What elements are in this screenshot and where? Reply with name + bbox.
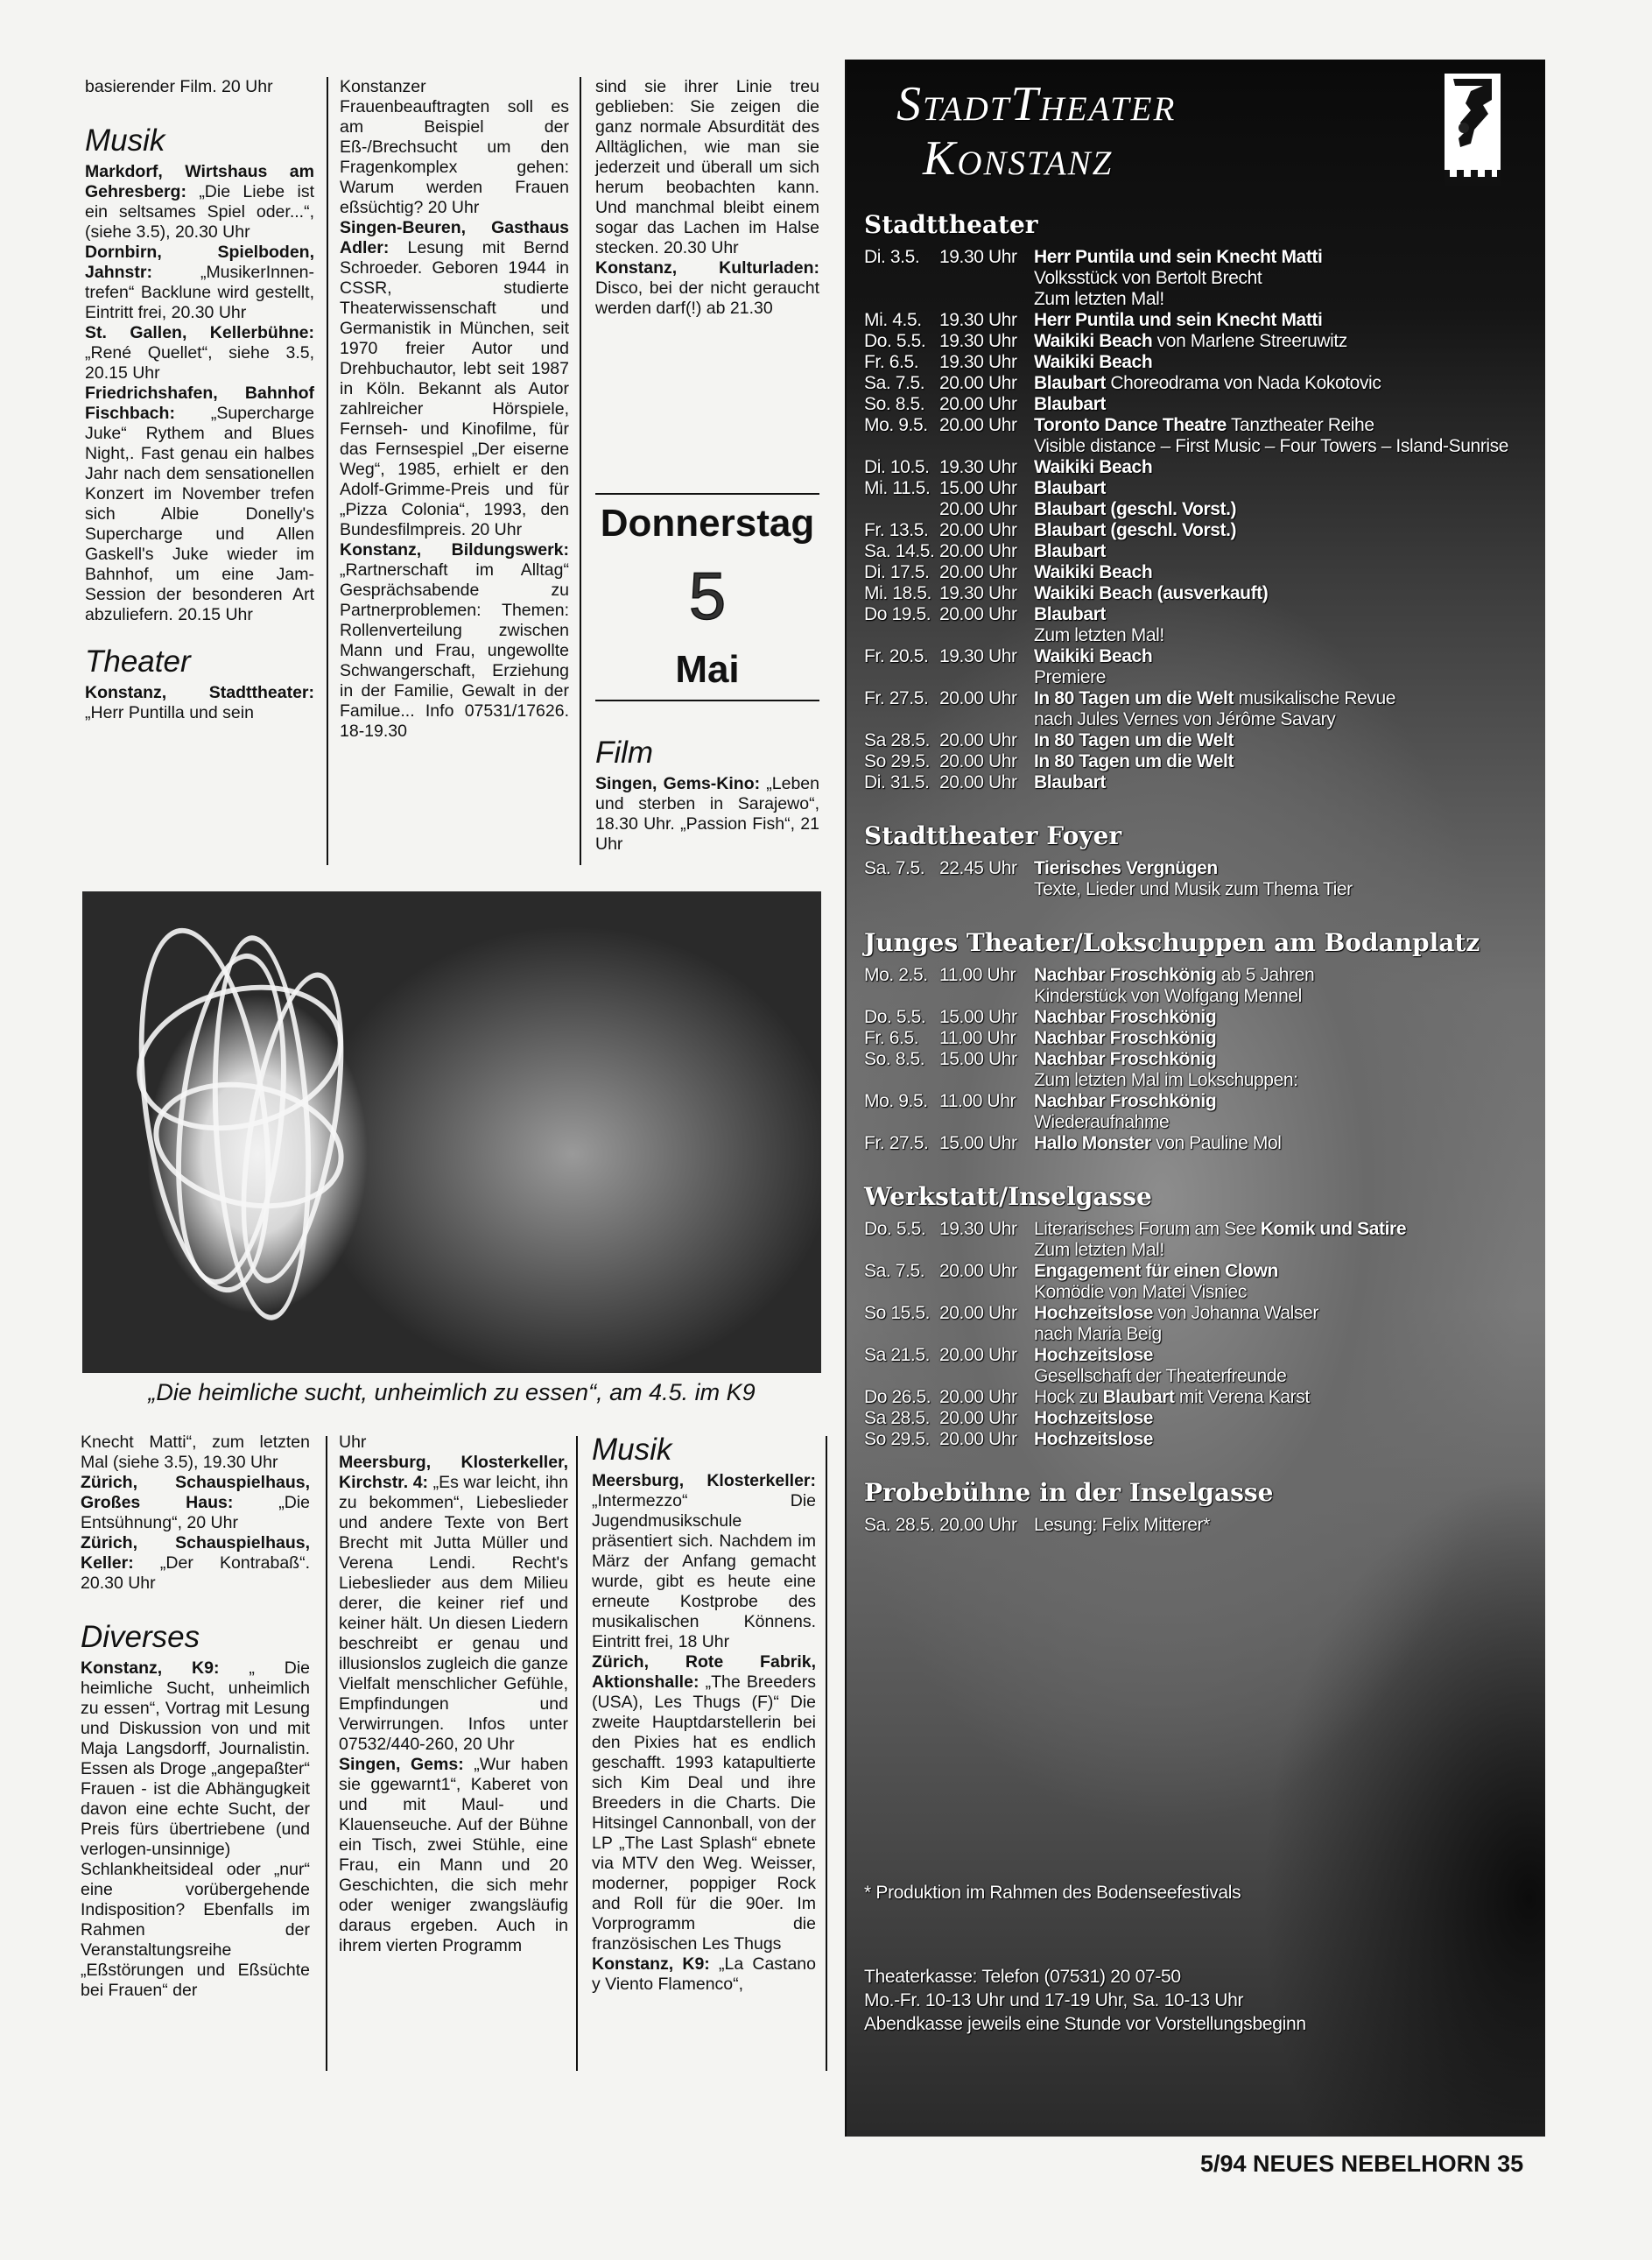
schedule-row: Fr. 20.5.19.30 UhrWaikiki Beach	[864, 646, 1538, 667]
entry-text: Lesung mit Bernd Schroeder. Geboren 1944…	[340, 238, 569, 539]
event-extra: ab 5 Jahren	[1216, 965, 1314, 985]
column-divider	[576, 1436, 578, 2071]
date-weekday: Donnerstag	[595, 498, 819, 549]
entry-text: „Herr Puntilla und sein	[85, 703, 254, 722]
schedule-row: Mi. 4.5.19.30 UhrHerr Puntila und sein K…	[864, 310, 1538, 331]
listing-entry: Meersburg, Klosterkeller: „Intermezzo“ D…	[592, 1471, 816, 1652]
schedule-time: 20.00 Uhr	[939, 730, 1034, 751]
schedule-subtitle: Komödie von Matei Visniec	[864, 1282, 1538, 1303]
schedule-row: Mi. 18.5.19.30 UhrWaikiki Beach (ausverk…	[864, 583, 1538, 604]
event-extra: mit Verena Karst	[1174, 1387, 1309, 1407]
intro-text: Konstanzer Frauenbeauftragten soll es am…	[340, 77, 569, 218]
event-title: Waikiki Beach	[1034, 562, 1152, 582]
schedule-date: Mo. 2.5.	[864, 965, 939, 986]
schedule-time: 20.00 Uhr	[939, 562, 1034, 583]
schedule-time: 20.00 Uhr	[939, 499, 1034, 520]
event-title: Nachbar Froschkönig	[1034, 965, 1216, 985]
schedule-row: Do. 5.5.15.00 UhrNachbar Froschkönig	[864, 1007, 1538, 1028]
date-block: Donnerstag 5 Mai	[595, 493, 819, 701]
venue-label: Konstanz, K9:	[592, 1954, 710, 1974]
column-1: basierender Film. 20 Uhr Musik Markdorf,…	[85, 77, 314, 723]
listing-entry: Meersburg, Klosterkeller, Kirchstr. 4: „…	[339, 1453, 568, 1755]
event-title: Toronto Dance Theatre	[1034, 415, 1227, 435]
schedule-time: 20.00 Uhr	[939, 1261, 1034, 1282]
event-title: Hochzeitslose	[1034, 1345, 1153, 1365]
schedule-row: Sa 28.5.20.00 UhrIn 80 Tagen um die Welt	[864, 730, 1538, 751]
schedule-date: Sa. 14.5.	[864, 541, 939, 562]
column-divider	[826, 1436, 827, 2071]
schedule-event: Herr Puntila und sein Knecht Matti	[1034, 247, 1538, 268]
event-title: Waikiki Beach (ausverkauft)	[1034, 583, 1268, 603]
schedule-date: Mi. 18.5.	[864, 583, 939, 604]
schedule-date: So. 8.5.	[864, 394, 939, 415]
venue-label: Konstanz, Kulturladen:	[595, 258, 819, 278]
schedule-event: Hochzeitslose	[1034, 1345, 1538, 1366]
listing-entry: Konstanz, Kulturladen: Disco, bei der ni…	[595, 258, 819, 319]
box-office-hours: Mo.-Fr. 10-13 Uhr und 17-19 Uhr, Sa. 10-…	[864, 1989, 1538, 2012]
box-office-phone: Theaterkasse: Telefon (07531) 20 07-50	[864, 1965, 1538, 1989]
event-title: Literarisches Forum am See	[1034, 1219, 1261, 1239]
schedule-time: 20.00 Uhr	[939, 394, 1034, 415]
schedule-note: Premiere	[864, 667, 1538, 688]
schedule-date: Sa. 7.5.	[864, 1261, 939, 1282]
listing-entry: Konstanz, Stadttheater: „Herr Puntilla u…	[85, 683, 314, 723]
schedule-row: Sa 21.5.20.00 UhrHochzeitslose	[864, 1345, 1538, 1366]
event-title: Hochzeitslose	[1034, 1303, 1153, 1323]
event-title: Waikiki Beach	[1034, 352, 1152, 372]
schedule-section-heading: Stadttheater	[864, 208, 1538, 242]
schedule-event: In 80 Tagen um die Welt	[1034, 751, 1538, 772]
schedule-event: Waikiki Beach (ausverkauft)	[1034, 583, 1538, 604]
schedule-date	[864, 499, 939, 520]
date-rule-top	[595, 493, 819, 495]
schedule-date: Do 26.5.	[864, 1387, 939, 1408]
event-title: Nachbar Froschkönig	[1034, 1091, 1216, 1111]
schedule-section: Junges Theater/Lokschuppen am Bodanplatz…	[864, 926, 1538, 1154]
column-5: Uhr Meersburg, Klosterkeller, Kirchstr. …	[339, 1433, 568, 1956]
event-title: Waikiki Beach	[1034, 331, 1152, 351]
schedule-row: Sa. 28.5.20.00 UhrLesung: Felix Mitterer…	[864, 1515, 1538, 1536]
event-title: In 80 Tagen um die Welt	[1034, 688, 1234, 708]
theater-title-line1: StadtTheater	[896, 77, 1176, 131]
schedule-time: 20.00 Uhr	[939, 772, 1034, 793]
schedule-time: 20.00 Uhr	[939, 1515, 1034, 1536]
schedule-event: Waikiki Beach von Marlene Streeruwitz	[1034, 331, 1538, 352]
schedule-date: Di. 10.5.	[864, 457, 939, 478]
event-list: Konstanz, Kulturladen: Disco, bei der ni…	[595, 258, 819, 319]
schedule-row: Sa. 7.5.22.45 UhrTierisches Vergnügen	[864, 858, 1538, 879]
schedule-section: Probebühne in der InselgasseSa. 28.5.20.…	[864, 1476, 1538, 1536]
photo-caption: „Die heimliche sucht, unheimlich zu esse…	[82, 1378, 821, 1406]
schedule-row: Mo. 2.5.11.00 UhrNachbar Froschkönig ab …	[864, 965, 1538, 986]
event-title: Nachbar Froschkönig	[1034, 1007, 1216, 1027]
schedule-row: Fr. 27.5.20.00 UhrIn 80 Tagen um die Wel…	[864, 688, 1538, 709]
schedule-section-heading: Stadttheater Foyer	[864, 820, 1538, 853]
schedule-event: Blaubart	[1034, 772, 1538, 793]
schedule-event: Lesung: Felix Mitterer*	[1034, 1515, 1538, 1536]
schedule-time: 20.00 Uhr	[939, 1429, 1034, 1450]
schedule-section: StadttheaterDi. 3.5.19.30 UhrHerr Puntil…	[864, 208, 1538, 793]
schedule-note: Zum letzten Mal im Lokschuppen:	[864, 1070, 1538, 1091]
schedule-time: 20.00 Uhr	[939, 415, 1034, 436]
schedule-row: So. 8.5.20.00 UhrBlaubart	[864, 394, 1538, 415]
diverses-list: Konstanz, K9: „ Die heimliche Sucht, unh…	[81, 1658, 310, 2001]
schedule-event: Hallo Monster von Pauline Mol	[1034, 1133, 1538, 1154]
event-title: Herr Puntila und sein Knecht Matti	[1034, 247, 1322, 267]
event-title: Engagement für einen Clown	[1034, 1261, 1278, 1281]
listing-entry: Konstanz, K9: „ Die heimliche Sucht, unh…	[81, 1658, 310, 2001]
schedule-row: Fr. 6.5.11.00 UhrNachbar Froschkönig	[864, 1028, 1538, 1049]
schedule-time: 20.00 Uhr	[939, 373, 1034, 394]
event-title: In 80 Tagen um die Welt	[1034, 730, 1234, 750]
schedule-time: 19.30 Uhr	[939, 352, 1034, 373]
event-list: Singen-Beuren, Gasthaus Adler: Lesung mi…	[340, 218, 569, 742]
schedule-row: Do. 5.5.19.30 UhrWaikiki Beach von Marle…	[864, 331, 1538, 352]
venue-label: Konstanz, Stadttheater:	[85, 683, 314, 702]
event-list: Meersburg, Klosterkeller: „Intermezzo“ D…	[592, 1471, 816, 1995]
schedule-row: So 29.5.20.00 UhrHochzeitslose	[864, 1429, 1538, 1450]
schedule-section-heading: Junges Theater/Lokschuppen am Bodanplatz	[864, 926, 1538, 960]
page-footer: 5/94 NEUES NEBELHORN 35	[1200, 2150, 1523, 2178]
listing-entry: Markdorf, Wirtshaus am Gehresberg: „Die …	[85, 162, 314, 243]
schedule-note: Zum letzten Mal!	[864, 1240, 1538, 1261]
schedule-time: 20.00 Uhr	[939, 541, 1034, 562]
intro-text: basierender Film. 20 Uhr	[85, 77, 314, 97]
schedule-row: Di. 3.5.19.30 UhrHerr Puntila und sein K…	[864, 247, 1538, 268]
schedule-date: Sa. 7.5.	[864, 373, 939, 394]
schedule-subtitle: Texte, Lieder und Musik zum Thema Tier	[864, 879, 1538, 900]
column-6: Musik Meersburg, Klosterkeller: „Interme…	[592, 1433, 816, 1995]
schedule-event: Toronto Dance Theatre Tanztheater Reihe	[1034, 415, 1538, 436]
schedule-event: Waikiki Beach	[1034, 646, 1538, 667]
schedule-row: So 15.5.20.00 UhrHochzeitslose von Johan…	[864, 1303, 1538, 1324]
schedule-time: 20.00 Uhr	[939, 1408, 1034, 1429]
schedule-time: 20.00 Uhr	[939, 604, 1034, 625]
theater-title: StadtTheater Konstanz	[896, 77, 1176, 186]
venue-label: Konstanz, K9:	[81, 1658, 219, 1678]
schedule-date: Fr. 13.5.	[864, 520, 939, 541]
event-extra: von Pauline Mol	[1151, 1133, 1282, 1153]
column-3: sind sie ihrer Linie treu geblieben: Sie…	[595, 77, 819, 319]
intro-text: Knecht Matti“, zum letzten Mal (siehe 3.…	[81, 1433, 310, 1473]
schedule-date: Fr. 6.5.	[864, 352, 939, 373]
schedule-note: Wiederaufnahme	[864, 1112, 1538, 1133]
event-extra: musikalische Revue	[1234, 688, 1395, 708]
event-title: Blaubart	[1034, 604, 1106, 624]
theater-title-line2: Konstanz	[896, 131, 1176, 186]
event-title-bold: Blaubart	[1103, 1387, 1175, 1407]
event-title: Blaubart (geschl. Vorst.)	[1034, 499, 1236, 519]
schedule-event: Hochzeitslose	[1034, 1429, 1538, 1450]
section-heading-musik: Musik	[85, 123, 314, 158]
schedule-section: Werkstatt/InselgasseDo. 5.5.19.30 UhrLit…	[864, 1180, 1538, 1450]
schedule-event: Waikiki Beach	[1034, 352, 1538, 373]
schedule-event: Blaubart Choreodrama von Nada Kokotovic	[1034, 373, 1538, 394]
intro-text: sind sie ihrer Linie treu geblieben: Sie…	[595, 77, 819, 258]
film-list: Singen, Gems-Kino: „Leben und sterben in…	[595, 774, 819, 855]
event-extra: Tanztheater Reihe	[1227, 415, 1374, 435]
schedule-event: Nachbar Froschkönig	[1034, 1007, 1538, 1028]
column-divider	[580, 77, 581, 865]
schedule-event: Hochzeitslose von Johanna Walser	[1034, 1303, 1538, 1324]
event-title: Waikiki Beach	[1034, 646, 1152, 666]
schedule-subtitle: Visible distance – First Music – Four To…	[864, 436, 1538, 457]
schedule-row: Fr. 13.5.20.00 UhrBlaubart (geschl. Vors…	[864, 520, 1538, 541]
listing-entry: Konstanz, K9: „La Castano y Viento Flame…	[592, 1954, 816, 1995]
schedule-event: Nachbar Froschkönig	[1034, 1091, 1538, 1112]
schedule-time: 11.00 Uhr	[939, 1028, 1034, 1049]
schedule-date: Sa. 7.5.	[864, 858, 939, 879]
schedule-event: Blaubart	[1034, 478, 1538, 499]
event-title: Herr Puntila und sein Knecht Matti	[1034, 310, 1322, 330]
festival-footnote: * Produktion im Rahmen des Bodenseefesti…	[864, 1881, 1538, 1904]
schedule-date: Fr. 20.5.	[864, 646, 939, 667]
schedule-date: Do. 5.5.	[864, 1219, 939, 1240]
schedule-date: Mo. 9.5.	[864, 415, 939, 436]
column-4: Knecht Matti“, zum letzten Mal (siehe 3.…	[81, 1433, 310, 2001]
schedule-time: 20.00 Uhr	[939, 751, 1034, 772]
schedule-event: Waikiki Beach	[1034, 457, 1538, 478]
schedule-time: 19.30 Uhr	[939, 646, 1034, 667]
event-title: Hochzeitslose	[1034, 1429, 1153, 1449]
schedule-event: Nachbar Froschkönig ab 5 Jahren	[1034, 965, 1538, 986]
theater-footnote-block: * Produktion im Rahmen des Bodenseefesti…	[864, 1881, 1538, 1904]
event-list: Meersburg, Klosterkeller, Kirchstr. 4: „…	[339, 1453, 568, 1956]
schedule-row: Do. 5.5.19.30 UhrLiterarisches Forum am …	[864, 1219, 1538, 1240]
schedule-row: 20.00 UhrBlaubart (geschl. Vorst.)	[864, 499, 1538, 520]
schedule-note: Gesellschaft der Theaterfreunde	[864, 1366, 1538, 1387]
schedule-date: Do 19.5.	[864, 604, 939, 625]
venue-label: Singen, Gems-Kino:	[595, 774, 760, 793]
theater-list: Konstanz, Stadttheater: „Herr Puntilla u…	[85, 683, 314, 723]
schedule-time: 19.30 Uhr	[939, 331, 1034, 352]
schedule-subtitle: Volksstück von Bertolt Brecht	[864, 268, 1538, 289]
schedule-row: Do 26.5.20.00 UhrHock zu Blaubart mit Ve…	[864, 1387, 1538, 1408]
schedule-time: 22.45 Uhr	[939, 858, 1034, 879]
schedule-date: So 29.5.	[864, 1429, 939, 1450]
section-heading-diverses: Diverses	[81, 1620, 310, 1655]
venue-label: Meersburg, Klosterkeller:	[592, 1471, 816, 1490]
schedule-section-heading: Probebühne in der Inselgasse	[864, 1476, 1538, 1510]
listing-entry: Singen, Gems-Kino: „Leben und sterben in…	[595, 774, 819, 855]
section-heading-musik: Musik	[592, 1433, 816, 1468]
schedule-row: Sa. 14.5.20.00 UhrBlaubart	[864, 541, 1538, 562]
event-title-bold: Komik und Satire	[1261, 1219, 1406, 1239]
event-title: Blaubart	[1034, 373, 1106, 393]
schedule-time: 19.30 Uhr	[939, 247, 1034, 268]
schedule-date: Sa 21.5.	[864, 1345, 939, 1366]
schedule-event: Nachbar Froschkönig	[1034, 1028, 1538, 1049]
schedule-row: Do 19.5.20.00 UhrBlaubart	[864, 604, 1538, 625]
schedule-time: 11.00 Uhr	[939, 965, 1034, 986]
listing-entry: Singen, Gems: „Wur haben sie ggewarnt1“,…	[339, 1755, 568, 1956]
box-office-info: Theaterkasse: Telefon (07531) 20 07-50 M…	[864, 1965, 1538, 2036]
entry-text: „Rartnerschaft im Alltag“ Gesprächsabend…	[340, 560, 569, 741]
listing-entry: Zürich, Schauspielhaus, Keller: „Der Kon…	[81, 1533, 310, 1594]
event-extra: von Marlene Streeruwitz	[1152, 331, 1347, 351]
schedule-time: 11.00 Uhr	[939, 1091, 1034, 1112]
schedule-row: Di. 17.5.20.00 UhrWaikiki Beach	[864, 562, 1538, 583]
schedule-date: Di. 3.5.	[864, 247, 939, 268]
schedule-time: 19.30 Uhr	[939, 583, 1034, 604]
entry-text: „Es war leicht, ihn zu bekommen“, Liebes…	[339, 1473, 568, 1754]
event-list: Zürich, Schauspielhaus, Großes Haus: „Di…	[81, 1473, 310, 1594]
schedule-time: 15.00 Uhr	[939, 1007, 1034, 1028]
schedule-event: Hochzeitslose	[1034, 1408, 1538, 1429]
event-title: Waikiki Beach	[1034, 457, 1152, 477]
schedule-date: Fr. 6.5.	[864, 1028, 939, 1049]
theater-figure-logo-icon	[1445, 74, 1501, 186]
schedule-date: Sa. 28.5.	[864, 1515, 939, 1536]
schedule-row: Sa. 7.5.20.00 UhrBlaubart Choreodrama vo…	[864, 373, 1538, 394]
schedule-time: 19.30 Uhr	[939, 457, 1034, 478]
entry-text: Disco, bei der nicht geraucht werden dar…	[595, 278, 819, 318]
schedule-date: So. 8.5.	[864, 1049, 939, 1070]
schedule-time: 19.30 Uhr	[939, 1219, 1034, 1240]
schedule-date: Mi. 11.5.	[864, 478, 939, 499]
event-title: Blaubart	[1034, 478, 1106, 498]
schedule-date: Mo. 9.5.	[864, 1091, 939, 1112]
event-extra: Choreodrama von Nada Kokotovic	[1106, 373, 1381, 393]
listing-entry: Singen-Beuren, Gasthaus Adler: Lesung mi…	[340, 218, 569, 540]
event-title: Blaubart	[1034, 772, 1106, 792]
schedule-event: Waikiki Beach	[1034, 562, 1538, 583]
schedule-event: Nachbar Froschkönig	[1034, 1049, 1538, 1070]
schedule-time: 20.00 Uhr	[939, 688, 1034, 709]
schedule-date: Sa 28.5.	[864, 730, 939, 751]
section-heading-film: Film	[595, 736, 819, 771]
schedule-event: Blaubart	[1034, 541, 1538, 562]
schedule-subtitle: nach Maria Beig	[864, 1324, 1538, 1345]
schedule-event: Blaubart (geschl. Vorst.)	[1034, 499, 1538, 520]
entry-text: „Intermezzo“ Die Jugendmusikschule präse…	[592, 1491, 816, 1651]
listing-entry: Zürich, Schauspielhaus, Großes Haus: „Di…	[81, 1473, 310, 1533]
date-month: Mai	[595, 645, 819, 694]
schedule-note: Zum letzten Mal!	[864, 625, 1538, 646]
schedule-event: In 80 Tagen um die Welt musikalische Rev…	[1034, 688, 1538, 709]
schedule-row: Di. 31.5.20.00 UhrBlaubart	[864, 772, 1538, 793]
schedule-note: Zum letzten Mal!	[864, 289, 1538, 310]
schedule-date: Di. 17.5.	[864, 562, 939, 583]
schedule-row: Fr. 6.5.19.30 UhrWaikiki Beach	[864, 352, 1538, 373]
musik-list: Markdorf, Wirtshaus am Gehresberg: „Die …	[85, 162, 314, 625]
schedule-date: Do. 5.5.	[864, 331, 939, 352]
venue-label: St. Gallen, Kellerbühne:	[85, 323, 314, 342]
schedule-time: 15.00 Uhr	[939, 1049, 1034, 1070]
column-divider	[327, 77, 328, 865]
listing-entry: Zürich, Rote Fabrik, Aktionshalle: „The …	[592, 1652, 816, 1954]
event-title: Nachbar Froschkönig	[1034, 1049, 1216, 1069]
event-title: Lesung: Felix Mitterer*	[1034, 1515, 1210, 1535]
listing-entry: St. Gallen, Kellerbühne: „René Quellet“,…	[85, 323, 314, 384]
schedule-time: 20.00 Uhr	[939, 1387, 1034, 1408]
stadttheater-konstanz-ad: StadtTheater Konstanz StadttheaterDi. 3.…	[845, 60, 1545, 2137]
schedule-date: Do. 5.5.	[864, 1007, 939, 1028]
column-divider	[326, 1436, 327, 2071]
schedule-event: Blaubart (geschl. Vorst.)	[1034, 520, 1538, 541]
entry-text: „Wur haben sie ggewarnt1“, Kaberet von u…	[339, 1755, 568, 1955]
event-title: Blaubart	[1034, 394, 1106, 414]
schedule-time: 20.00 Uhr	[939, 520, 1034, 541]
schedule-row: Sa 28.5.20.00 UhrHochzeitslose	[864, 1408, 1538, 1429]
event-title: Hallo Monster	[1034, 1133, 1151, 1153]
schedule-row: Fr. 27.5.15.00 UhrHallo Monster von Paul…	[864, 1133, 1538, 1154]
schedule-event: Blaubart	[1034, 394, 1538, 415]
schedule-row: Sa. 7.5.20.00 UhrEngagement für einen Cl…	[864, 1261, 1538, 1282]
schedule-time: 15.00 Uhr	[939, 478, 1034, 499]
schedule-date: Di. 31.5.	[864, 772, 939, 793]
column-3-film: Film Singen, Gems-Kino: „Leben und sterb…	[595, 736, 819, 855]
schedule-subtitle: Kinderstück von Wolfgang Mennel	[864, 986, 1538, 1007]
schedule-date: Mi. 4.5.	[864, 310, 939, 331]
date-rule-bottom	[595, 700, 819, 701]
schedule-subtitle: nach Jules Vernes von Jérôme Savary	[864, 709, 1538, 730]
event-extra: von Johanna Walser	[1153, 1303, 1318, 1323]
section-heading-theater: Theater	[85, 644, 314, 679]
schedule-row: So 29.5.20.00 UhrIn 80 Tagen um die Welt	[864, 751, 1538, 772]
schedule-date: Fr. 27.5.	[864, 688, 939, 709]
schedule-date: Sa 28.5.	[864, 1408, 939, 1429]
schedule-event: Hock zu Blaubart mit Verena Karst	[1034, 1387, 1538, 1408]
entry-text: „The Breeders (USA), Les Thugs (F)“ Die …	[592, 1672, 816, 1954]
schedule-date: So 15.5.	[864, 1303, 939, 1324]
entry-text: „ Die heimliche Sucht, unheimlich zu ess…	[81, 1658, 310, 2000]
schedule-time: 20.00 Uhr	[939, 1303, 1034, 1324]
schedule-event: Tierisches Vergnügen	[1034, 858, 1538, 879]
venue-label: Konstanz, Bildungswerk:	[340, 540, 569, 560]
schedule-section-heading: Werkstatt/Inselgasse	[864, 1180, 1538, 1214]
listing-entry: Konstanz, Bildungswerk: „Rartnerschaft i…	[340, 540, 569, 742]
schedule-row: So. 8.5.15.00 UhrNachbar Froschkönig	[864, 1049, 1538, 1070]
entry-text: „Supercharge Juke“ Rythem and Blues Nigh…	[85, 404, 314, 624]
event-title: Hock zu	[1034, 1387, 1103, 1407]
intro-text: Uhr	[339, 1433, 568, 1453]
schedule-time: 19.30 Uhr	[939, 310, 1034, 331]
schedule-row: Mo. 9.5.11.00 UhrNachbar Froschkönig	[864, 1091, 1538, 1112]
schedule-event: Engagement für einen Clown	[1034, 1261, 1538, 1282]
schedule-date: So 29.5.	[864, 751, 939, 772]
schedule-event: Blaubart	[1034, 604, 1538, 625]
schedule-time: 20.00 Uhr	[939, 1345, 1034, 1366]
schedule-time: 15.00 Uhr	[939, 1133, 1034, 1154]
schedule-row: Mi. 11.5.15.00 UhrBlaubart	[864, 478, 1538, 499]
schedule-event: Herr Puntila und sein Knecht Matti	[1034, 310, 1538, 331]
venue-label: Singen, Gems:	[339, 1755, 464, 1774]
listing-entry: Dornbirn, Spielboden, Jahnstr: „MusikerI…	[85, 243, 314, 323]
schedule-section: Stadttheater FoyerSa. 7.5.22.45 UhrTieri…	[864, 820, 1538, 900]
schedule-row: Di. 10.5.19.30 UhrWaikiki Beach	[864, 457, 1538, 478]
event-title: Hochzeitslose	[1034, 1408, 1153, 1428]
column-2: Konstanzer Frauenbeauftragten soll es am…	[340, 77, 569, 742]
schedule-row: Mo. 9.5.20.00 UhrToronto Dance Theatre T…	[864, 415, 1538, 436]
schedule-event: Literarisches Forum am See Komik und Sat…	[1034, 1219, 1538, 1240]
event-title: Blaubart (geschl. Vorst.)	[1034, 520, 1236, 540]
listing-entry: Friedrichshafen, Bahnhof Fischbach: „Sup…	[85, 384, 314, 625]
theater-schedule: StadttheaterDi. 3.5.19.30 UhrHerr Puntil…	[864, 208, 1538, 1536]
event-title: Tierisches Vergnügen	[1034, 858, 1218, 878]
article-photo	[82, 891, 821, 1373]
event-title: Nachbar Froschkönig	[1034, 1028, 1216, 1048]
schedule-event: In 80 Tagen um die Welt	[1034, 730, 1538, 751]
event-title: Blaubart	[1034, 541, 1106, 561]
event-title: In 80 Tagen um die Welt	[1034, 751, 1234, 771]
date-day-number: 5	[595, 549, 819, 645]
schedule-date: Fr. 27.5.	[864, 1133, 939, 1154]
entry-text: „René Quellet“, siehe 3.5, 20.15 Uhr	[85, 343, 314, 383]
evening-box-office: Abendkasse jeweils eine Stunde vor Vorst…	[864, 2012, 1538, 2036]
